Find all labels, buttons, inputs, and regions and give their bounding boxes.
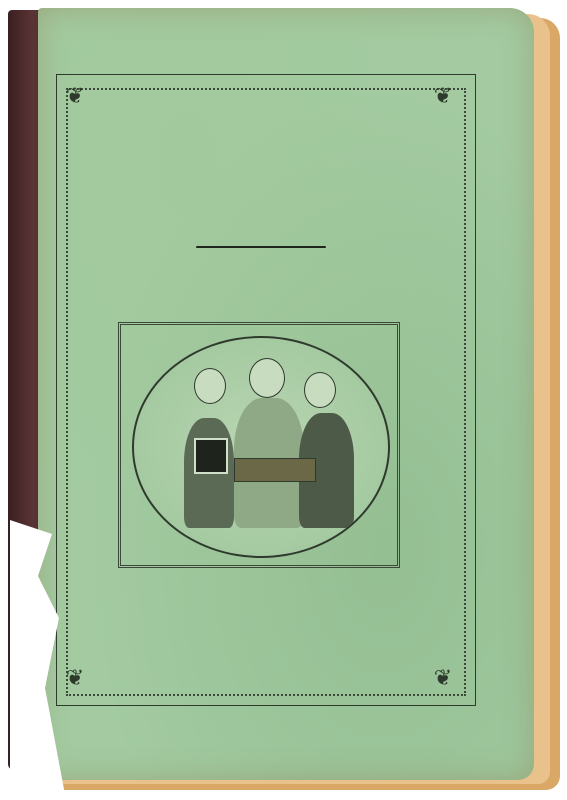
corner-ornament-icon: ❦ xyxy=(430,666,456,692)
head-left xyxy=(194,368,226,404)
corner-ornament-icon: ❦ xyxy=(430,84,456,110)
head-middle xyxy=(249,358,285,398)
oval-frame xyxy=(132,336,390,558)
head-right xyxy=(304,372,336,408)
slate xyxy=(194,438,228,474)
engraved-vignette xyxy=(118,322,400,568)
title-rule xyxy=(196,246,326,248)
corner-ornament-icon: ❦ xyxy=(62,84,88,110)
book-photo: ❦ ❦ ❦ ❦ xyxy=(0,0,567,800)
corner-ornament-icon: ❦ xyxy=(62,666,88,692)
open-book xyxy=(234,458,316,482)
